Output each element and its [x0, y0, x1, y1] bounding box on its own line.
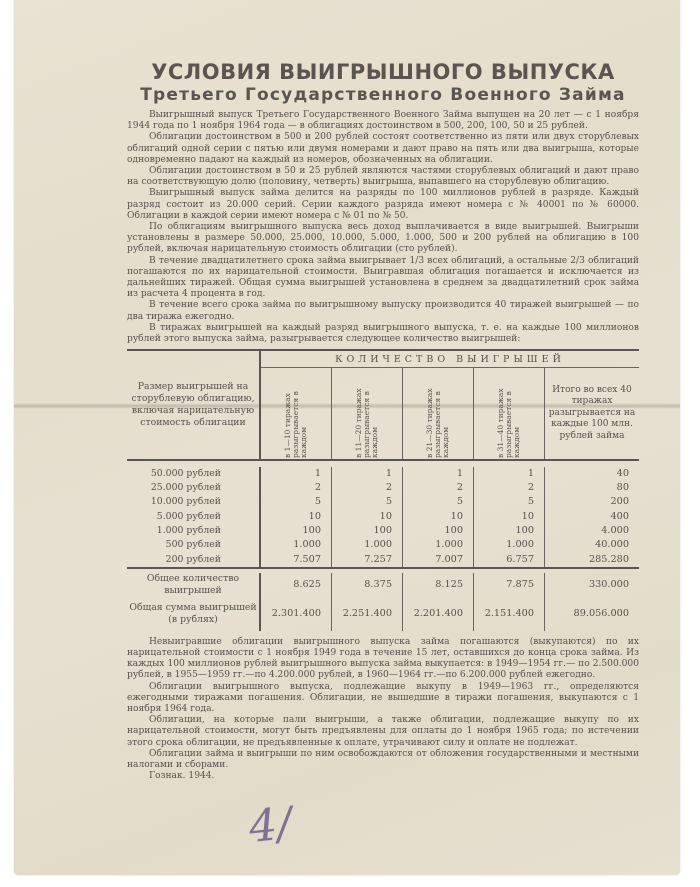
paragraph-redemption: В течение двадцатилетнего срока займа вы… [127, 256, 639, 301]
total-count-row: Общее количество выигрышей 8.625 8.375 8… [127, 573, 639, 597]
paragraph-denominations: Облигации достоинством в 500 и 200 рубле… [127, 132, 639, 166]
table-row: 1.000 рублей 100 100 100 100 4.000 [127, 524, 639, 538]
document-subtitle: Третьего Государственного Военного Займа [127, 84, 639, 106]
document-title: УСЛОВИЯ ВЫИГРЫШНОГО ВЫПУСКА [127, 60, 639, 84]
column-header: в 11—20 тиражах разыгрывается в каждом [355, 370, 379, 458]
group-header: КОЛИЧЕСТВО ВЫИГРЫШЕЙ [260, 350, 639, 368]
document-sheet: УСЛОВИЯ ВЫИГРЫШНОГО ВЫПУСКА Третьего Гос… [14, 0, 680, 875]
paragraph-series: Выигрышный выпуск займа делится на разря… [127, 188, 639, 222]
paragraph-buyback-draws: Облигации выигрышного выпуска, подлежащи… [127, 682, 639, 716]
column-header: в 1—10 тиражах разыгрывается в каждом [284, 370, 308, 458]
row-header: Размер выигрышей на сторублевую облигаци… [127, 350, 260, 460]
paragraph-payment-deadline: Облигации, на которые пали выигрыши, а т… [127, 715, 639, 749]
table-row: 25.000 рублей 2 2 2 2 80 [127, 481, 639, 495]
paragraph-term: Выигрышный выпуск Третьего Государственн… [127, 110, 639, 132]
table-row: 50.000 рублей 1 1 1 1 40 [127, 467, 639, 481]
column-header: в 31—40 тиражах разыгрывается в каждом [497, 370, 521, 458]
column-header: в 21—30 тиражах разыгрывается в каждом [426, 370, 450, 458]
table-row: 200 рублей 7.507 7.257 7.007 6.757 285.2… [127, 553, 639, 568]
paragraph-income: По облигациям выигрышного выпуска весь д… [127, 222, 639, 256]
column-header-total: Итого во всех 40 тиражах разыгрывается н… [545, 368, 640, 460]
paragraph-draws: В течение всего срока займа по выигрышно… [127, 300, 639, 322]
paragraph-tax-exemption: Облигации займа и выигрыши по ним освобо… [127, 749, 639, 771]
table-row: 5.000 рублей 10 10 10 10 400 [127, 510, 639, 524]
table-row: 10.000 рублей 5 5 5 5 200 [127, 495, 639, 509]
winnings-table: Размер выигрышей на сторублевую облигаци… [127, 349, 639, 631]
paragraph-buyback: Невыигравшие облигации выигрышного выпус… [127, 637, 639, 682]
handwritten-pencil-mark: 4/ [246, 798, 294, 853]
table-row: 500 рублей 1.000 1.000 1.000 1.000 40.00… [127, 538, 639, 552]
total-sum-row: Общая сумма выигрышей (в рублях) 2.301.4… [127, 597, 639, 631]
document-body: УСЛОВИЯ ВЫИГРЫШНОГО ВЫПУСКА Третьего Гос… [127, 60, 639, 782]
imprint: Гознак. 1944. [127, 771, 639, 782]
paragraph-table-intro: В тиражах выигрышей на каждый разряд выи… [127, 323, 639, 345]
paragraph-fractional: Облигации достоинством в 50 и 25 рублей … [127, 166, 639, 188]
